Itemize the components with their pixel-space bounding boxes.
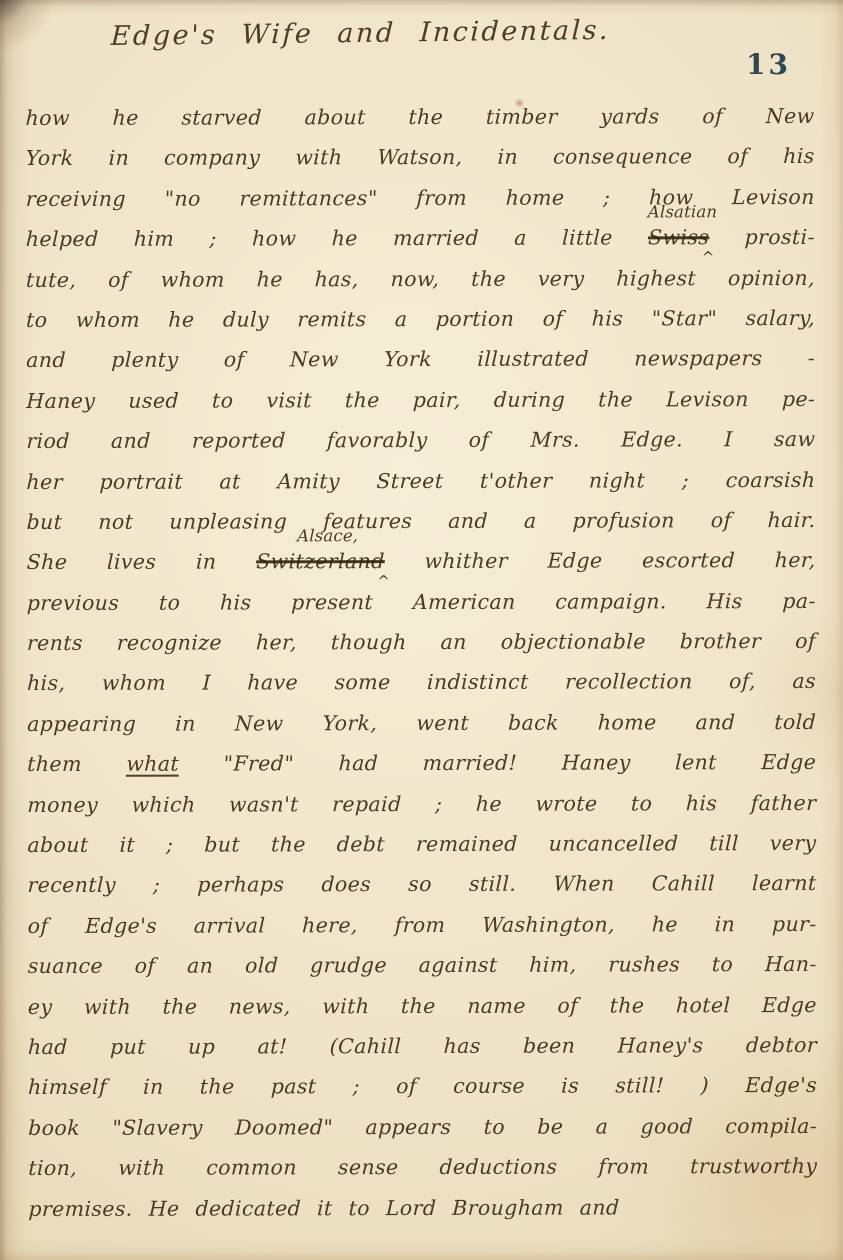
manuscript-text: how he starved about the timber yards of… bbox=[25, 104, 815, 130]
manuscript-text: himself in the past ; of course is still… bbox=[28, 1073, 818, 1099]
manuscript-text: riod and reported favorably of Mrs. Edge… bbox=[26, 427, 816, 453]
manuscript-text: ey with the news, with the name of the h… bbox=[28, 993, 818, 1019]
manuscript-line: himself in the past ; of course is still… bbox=[27, 1065, 817, 1107]
struck-out-text: Swiss bbox=[648, 225, 710, 249]
manuscript-line: of Edge's arrival here, from Washington,… bbox=[27, 904, 817, 946]
manuscript-line: her portrait at Amity Street t'other nig… bbox=[26, 459, 816, 501]
manuscript-page: Edge's Wife and Incidentals. 13 how he s… bbox=[0, 0, 843, 1260]
manuscript-text: her portrait at Amity Street t'other nig… bbox=[26, 467, 816, 493]
manuscript-text: tion, with common sense deductions from … bbox=[28, 1154, 818, 1180]
corrected-word: SwissAlsatian^ bbox=[647, 217, 710, 258]
manuscript-line: tute, of whom he has, now, the very high… bbox=[25, 258, 815, 300]
manuscript-line: book "Slavery Doomed" appears to be a go… bbox=[28, 1106, 818, 1148]
manuscript-line: his, whom I have some indistinct recolle… bbox=[26, 661, 816, 703]
manuscript-text: his, whom I have some indistinct recolle… bbox=[27, 669, 817, 695]
manuscript-text: suance of an old grudge against him, rus… bbox=[27, 952, 817, 978]
manuscript-line: recently ; perhaps does so still. When C… bbox=[27, 863, 817, 905]
manuscript-line: and plenty of New York illustrated newsp… bbox=[26, 338, 816, 380]
manuscript-text: book "Slavery Doomed" appears to be a go… bbox=[28, 1114, 818, 1140]
manuscript-line: She lives in SwitzerlandAlsace,^ whither… bbox=[26, 540, 816, 582]
manuscript-text: to whom he duly remits a portion of his … bbox=[26, 306, 816, 332]
manuscript-text: appearing in New York, went back home an… bbox=[27, 710, 817, 736]
manuscript-body: how he starved about the timber yards of… bbox=[26, 96, 818, 1229]
manuscript-text: She lives in bbox=[26, 550, 256, 575]
manuscript-line: how he starved about the timber yards of… bbox=[25, 96, 815, 138]
manuscript-text: prosti- bbox=[709, 225, 815, 249]
manuscript-line: appearing in New York, went back home an… bbox=[27, 702, 817, 744]
inserted-text: Alsace, bbox=[297, 528, 359, 545]
manuscript-line: but not unpleasing features and a profus… bbox=[26, 500, 816, 542]
manuscript-line: about it ; but the debt remained uncance… bbox=[27, 823, 817, 865]
manuscript-line: York in company with Watson, in conseque… bbox=[25, 136, 815, 178]
manuscript-text: money which wasn't repaid ; he wrote to … bbox=[27, 791, 817, 817]
manuscript-text: whither Edge escorted her, bbox=[384, 548, 816, 573]
manuscript-text: helped him ; how he married a little bbox=[26, 226, 649, 252]
manuscript-text: had put up at! (Cahill has been Haney's … bbox=[28, 1033, 818, 1059]
manuscript-line: premises. He dedicated it to Lord Brough… bbox=[28, 1187, 818, 1229]
manuscript-line: tion, with common sense deductions from … bbox=[28, 1146, 818, 1188]
manuscript-text: recently ; perhaps does so still. When C… bbox=[27, 871, 817, 897]
manuscript-line: to whom he duly remits a portion of his … bbox=[25, 298, 815, 340]
inserted-text: Alsatian bbox=[648, 204, 718, 221]
manuscript-line: rents recognize her, though an objection… bbox=[26, 621, 816, 663]
manuscript-text: tute, of whom he has, now, the very high… bbox=[26, 266, 816, 292]
manuscript-text: "Fred" had married! Haney lent Edge bbox=[179, 750, 817, 776]
manuscript-text: rents recognize her, though an objection… bbox=[27, 629, 817, 655]
manuscript-text: and plenty of New York illustrated newsp… bbox=[26, 346, 816, 372]
manuscript-text: of Edge's arrival here, from Washington,… bbox=[27, 912, 817, 938]
page-number: 13 bbox=[746, 48, 791, 81]
manuscript-line: previous to his present American campaig… bbox=[26, 581, 816, 623]
manuscript-line: helped him ; how he married a little Swi… bbox=[25, 217, 815, 259]
manuscript-line: had put up at! (Cahill has been Haney's … bbox=[27, 1025, 817, 1067]
manuscript-text: them bbox=[27, 752, 127, 776]
manuscript-text: York in company with Watson, in conseque… bbox=[25, 144, 815, 170]
struck-out-text: Switzerland bbox=[256, 549, 385, 573]
manuscript-text: about it ; but the debt remained uncance… bbox=[27, 831, 817, 857]
manuscript-line: suance of an old grudge against him, rus… bbox=[27, 944, 817, 986]
page-title: Edge's Wife and Incidentals. bbox=[87, 15, 633, 53]
manuscript-line: ey with the news, with the name of the h… bbox=[27, 985, 817, 1027]
manuscript-text: Haney used to visit the pair, during the… bbox=[26, 387, 816, 413]
manuscript-text: premises. He dedicated it to Lord Brough… bbox=[28, 1195, 620, 1221]
manuscript-line: them what "Fred" had married! Haney lent… bbox=[27, 742, 817, 784]
manuscript-text: previous to his present American campaig… bbox=[26, 589, 816, 615]
manuscript-line: Haney used to visit the pair, during the… bbox=[26, 379, 816, 421]
manuscript-line: riod and reported favorably of Mrs. Edge… bbox=[26, 419, 816, 461]
manuscript-text: but not unpleasing features and a profus… bbox=[26, 508, 816, 534]
manuscript-line: money which wasn't repaid ; he wrote to … bbox=[27, 783, 817, 825]
corrected-word: SwitzerlandAlsace,^ bbox=[256, 541, 386, 582]
emphasized-text: what bbox=[126, 752, 180, 776]
